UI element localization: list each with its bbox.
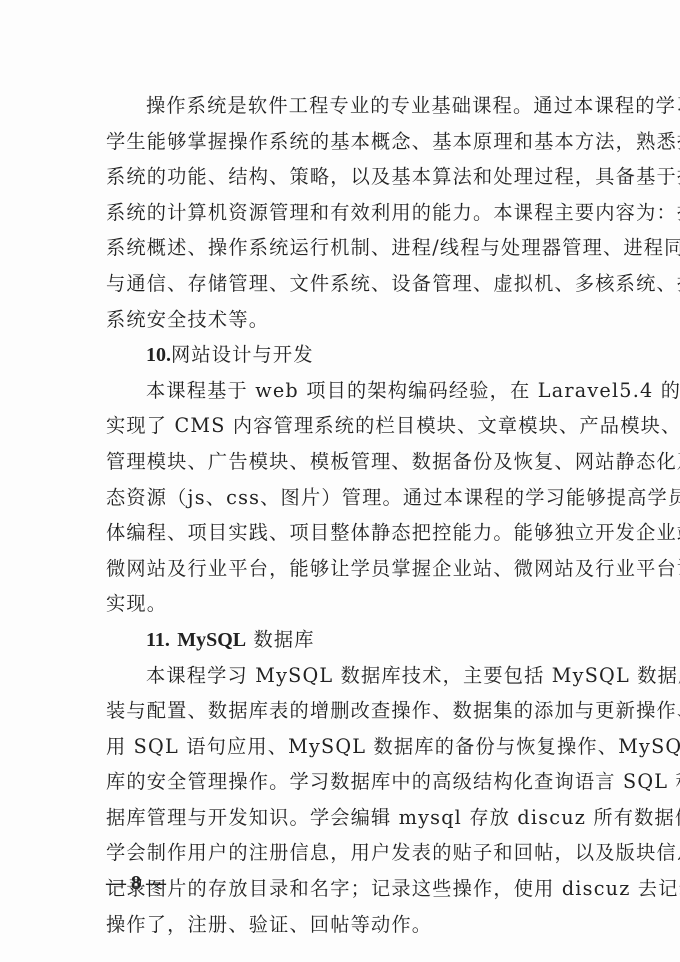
paragraph-line: 记录图片的存放目录和名字；记录这些操作，使用 discuz 去记录这些 (106, 871, 582, 907)
paragraph-line: 用 SQL 语句应用、MySQL 数据库的备份与恢复操作、MySQL 数据 (106, 729, 582, 765)
paragraph-line: 学生能够掌握操作系统的基本概念、基本原理和基本方法，熟悉操作 (106, 124, 582, 160)
paragraph-line: 系统的计算机资源管理和有效利用的能力。本课程主要内容为：操作 (106, 195, 582, 231)
paragraph-line: 微网站及行业平台，能够让学员掌握企业站、微网站及行业平台设计 (106, 551, 582, 587)
heading-number: 10. (146, 344, 171, 366)
paragraph-line: 本课程基于 web 项目的架构编码经验，在 Laravel5.4 的基础上， (106, 373, 582, 409)
paragraph-line: 本课程学习 MySQL 数据库技术，主要包括 MySQL 数据库的安 (106, 658, 582, 694)
paragraph-line: 管理模块、广告模块、模板管理、数据备份及恢复、网站静态化及静 (106, 444, 582, 480)
heading-title: 网站设计与开发 (171, 343, 314, 366)
paragraph-line: 实现了 CMS 内容管理系统的栏目模块、文章模块、产品模块、模型 (106, 408, 582, 444)
paragraph-line: 操作了，注册、验证、回帖等动作。 (106, 907, 582, 943)
section-heading-11: 11. MySQL 数据库 (106, 622, 582, 658)
paragraph-line: 系统概述、操作系统运行机制、进程/线程与处理器管理、进程同步 (106, 230, 582, 266)
document-page: 操作系统是软件工程专业的专业基础课程。通过本课程的学习， 学生能够掌握操作系统的… (106, 88, 582, 942)
page-number: — 8 — (106, 872, 166, 895)
paragraph-line: 态资源（js、css、图片）管理。通过本课程的学习能够提高学员的整 (106, 480, 582, 516)
paragraph-line: 学会制作用户的注册信息，用户发表的贴子和回帖，以及版块信息， (106, 835, 582, 871)
paragraph-line: 与通信、存储管理、文件系统、设备管理、虚拟机、多核系统、操作 (106, 266, 582, 302)
paragraph-line: 实现。 (106, 586, 582, 622)
heading-title: 数据库 (253, 628, 314, 651)
paragraph-line: 系统的功能、结构、策略，以及基本算法和处理过程，具备基于操作 (106, 159, 582, 195)
paragraph-line: 操作系统是软件工程专业的专业基础课程。通过本课程的学习， (106, 88, 582, 124)
paragraph-line: 装与配置、数据库表的增删改查操作、数据集的添加与更新操作、常 (106, 693, 582, 729)
heading-title-en: MySQL (177, 629, 246, 651)
paragraph-line: 系统安全技术等。 (106, 302, 582, 338)
paragraph-line: 体编程、项目实践、项目整体静态把控能力。能够独立开发企业站、 (106, 515, 582, 551)
heading-number: 11. (146, 629, 170, 651)
paragraph-line: 据库管理与开发知识。学会编辑 mysql 存放 discuz 所有数据信息， (106, 800, 582, 836)
section-heading-10: 10.网站设计与开发 (106, 337, 582, 373)
paragraph-line: 库的安全管理操作。学习数据库中的高级结构化查询语言 SQL 和数 (106, 764, 582, 800)
